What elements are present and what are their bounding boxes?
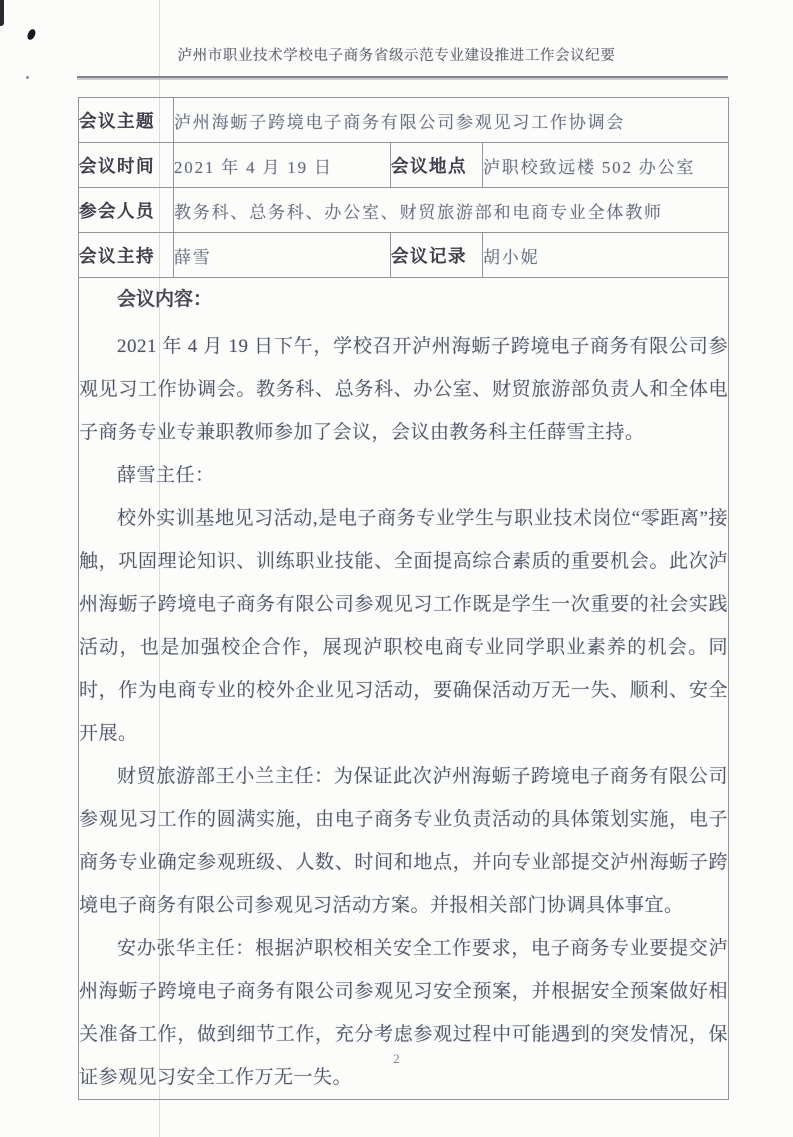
table-row-time-location: 会议时间 2021 年 4 月 19 日 会议地点 泸职校致远楼 502 办公室 [79,143,729,188]
time-value: 2021 年 4 月 19 日 [174,143,391,188]
content-paragraph: 薛雪主任： [79,454,728,497]
location-label: 会议地点 [391,143,483,188]
recorder-value: 胡小妮 [483,233,729,278]
attendees-label: 参会人员 [79,188,174,233]
table-row-host-recorder: 会议主持 薛雪 会议记录 胡小妮 [79,233,729,278]
content-heading: 会议内容： [79,278,728,321]
recorder-label: 会议记录 [391,233,483,278]
attendees-value: 教务科、总务科、办公室、财贸旅游部和电商专业全体教师 [174,188,729,233]
content-paragraph: 2021 年 4 月 19 日下午，学校召开泸州海蛎子跨境电子商务有限公司参观见… [79,325,728,454]
topic-value: 泸州海蛎子跨境电子商务有限公司参观见习工作协调会 [174,98,729,143]
location-value: 泸职校致远楼 502 办公室 [483,143,729,188]
host-value: 薛雪 [174,233,391,278]
time-label: 会议时间 [79,143,174,188]
content-paragraph: 财贸旅游部王小兰主任：为保证此次泸州海蛎子跨境电子商务有限公司参观见习工作的圆满… [79,755,728,927]
table-row-attendees: 参会人员 教务科、总务科、办公室、财贸旅游部和电商专业全体教师 [79,188,729,233]
header-rule [77,76,728,78]
document-page: 泸州市职业技术学校电子商务省级示范专业建设推进工作会议纪要 会议主题 泸州海蛎子… [0,0,793,1137]
content-body: 2021 年 4 月 19 日下午，学校召开泸州海蛎子跨境电子商务有限公司参观见… [79,325,728,1099]
topic-label: 会议主题 [79,98,174,143]
table-row-topic: 会议主题 泸州海蛎子跨境电子商务有限公司参观见习工作协调会 [79,98,729,143]
scan-edge-artifact [0,0,4,26]
table-row-content: 会议内容： 2021 年 4 月 19 日下午，学校召开泸州海蛎子跨境电子商务有… [79,278,729,1100]
content-paragraph: 校外实训基地见习活动,是电子商务专业学生与职业技术岗位“零距离”接触，巩固理论知… [79,497,728,755]
page-number: 2 [0,1051,793,1067]
meeting-content-cell: 会议内容： 2021 年 4 月 19 日下午，学校召开泸州海蛎子跨境电子商务有… [79,278,729,1100]
ink-dot-artifact [26,76,29,79]
ink-blob-artifact [26,28,36,41]
host-label: 会议主持 [79,233,174,278]
meeting-info-table: 会议主题 泸州海蛎子跨境电子商务有限公司参观见习工作协调会 会议时间 2021 … [78,97,729,1100]
document-header-title: 泸州市职业技术学校电子商务省级示范专业建设推进工作会议纪要 [0,44,793,65]
content-paragraph: 安办张华主任：根据泸职校相关安全工作要求，电子商务专业要提交泸州海蛎子跨境电子商… [79,927,728,1099]
